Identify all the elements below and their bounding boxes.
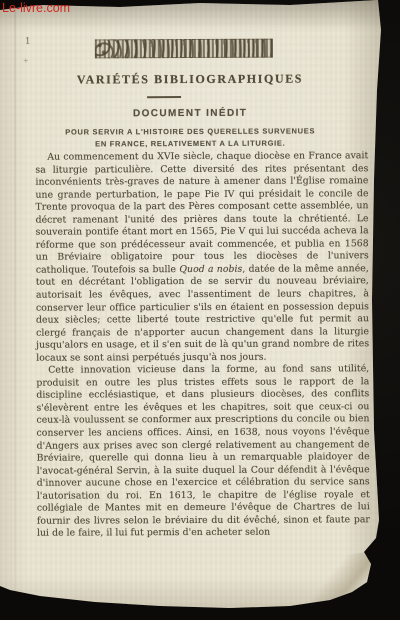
bull-title-italic: Quod a nobis bbox=[179, 264, 242, 275]
printed-page-content: 1 + VARIÉTÉS BIBLIOGRAPHIQUES DOCUMENT I… bbox=[0, 0, 383, 620]
book-page: 1 + VARIÉTÉS BIBLIOGRAPHIQUES DOCUMENT I… bbox=[0, 0, 400, 620]
section-title: DOCUMENT INÉDIT bbox=[0, 107, 381, 120]
paragraph-2: Cette innovation vicieuse dans la forme,… bbox=[36, 364, 370, 541]
subtitle-line-1: POUR SERVIR A L'HISTOIRE DES QUERELLES S… bbox=[0, 126, 381, 137]
paragraph-1-start: Au commencement du XVIe siècle, chaque d… bbox=[35, 150, 368, 275]
seller-watermark: Le-livre.com bbox=[2, 1, 70, 15]
margin-pencil-numeral: 1 bbox=[25, 37, 31, 47]
margin-pencil-cross: + bbox=[23, 57, 29, 65]
title-rule bbox=[147, 96, 181, 98]
page-title: VARIÉTÉS BIBLIOGRAPHIQUES bbox=[0, 71, 381, 88]
paragraph-1-end: , datée de la même année, tout en décrét… bbox=[36, 263, 369, 363]
body-text-block: Au commencement du XVIe siècle, chaque d… bbox=[35, 150, 370, 540]
paragraph-1: Au commencement du XVIe siècle, chaque d… bbox=[35, 150, 369, 365]
floral-border-band-icon bbox=[95, 39, 273, 59]
subtitle-line-2: EN FRANCE, RELATIVEMENT A LA LITURGIE. bbox=[0, 138, 381, 149]
